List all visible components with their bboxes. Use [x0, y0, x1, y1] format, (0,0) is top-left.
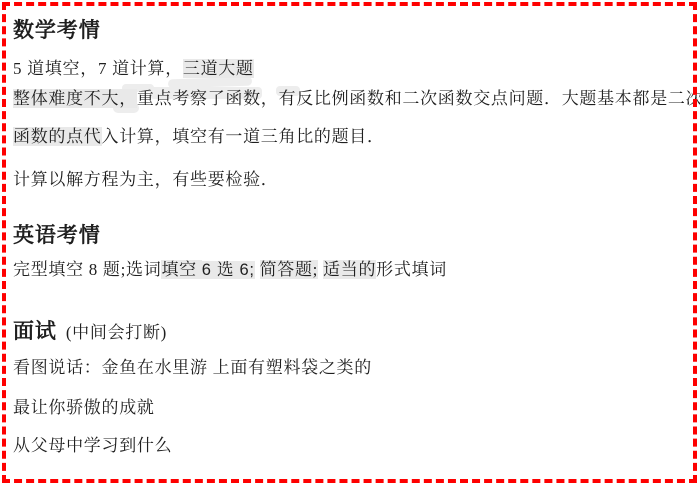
text-segment: 5 道填空，7 道计算， [13, 59, 183, 78]
interview-picture-talk-line: 看图说话：金鱼在水里游 上面有塑料袋之类的 [13, 356, 372, 379]
highlighted-text: 整体难度不大， [13, 89, 137, 108]
math-calculation-line: 计算以解方程为主，有些要检验． [13, 168, 279, 191]
interview-question-parents-line: 从父母中学习到什么 [13, 434, 172, 457]
exam-notes-page: 数学考情 5 道填空，7 道计算，三道大题 整体难度不大，重点考察了函数，有反比… [0, 0, 700, 493]
text-segment: 入计算，填空有一道三角比的题目． [102, 127, 385, 146]
text-segment: 计算以解方程为主，有些要检验． [13, 170, 279, 189]
math-topics-line: 函数的点代入计算，填空有一道三角比的题目． [13, 125, 385, 148]
highlighted-text: 简答题; [260, 260, 319, 279]
math-question-counts-line: 5 道填空，7 道计算，三道大题 [13, 57, 254, 80]
highlighted-text: 填空 [161, 260, 201, 279]
interview-heading-note: (中间会打断) [66, 323, 167, 342]
text-segment: 从父母中学习到什么 [13, 436, 172, 455]
highlighted-text: 6 选 6; [202, 261, 255, 279]
highlighted-text: 三道大题 [183, 59, 254, 78]
math-difficulty-line: 整体难度不大，重点考察了函数，有反比例函数和二次函数交点问题．大题基本都是二次 [13, 87, 700, 110]
english-section-heading: 英语考情 [13, 222, 101, 248]
text-segment: 重点考察了函数，有反比例函数和二次函数交点问题．大题基本都是二次 [137, 89, 700, 108]
interview-heading-text: 面试 [13, 319, 57, 343]
highlighted-text: 适当的 [323, 260, 376, 279]
interview-section-heading: 面试(中间会打断) [13, 318, 167, 346]
text-segment: 形式填词 [376, 260, 447, 279]
text-segment: 最让你骄傲的成就 [13, 398, 155, 417]
text-segment: 看图说话：金鱼在水里游 上面有塑料袋之类的 [13, 358, 372, 377]
text-segment: 完型填空 8 题;选词 [13, 260, 161, 279]
interview-question-proud-line: 最让你骄傲的成就 [13, 396, 155, 419]
math-section-heading: 数学考情 [13, 17, 101, 43]
text-segment [255, 260, 260, 279]
english-question-types-line: 完型填空 8 题;选词填空 6 选 6; 简答题; 适当的形式填词 [13, 258, 447, 282]
highlighted-text: 函数的点代 [13, 127, 102, 146]
